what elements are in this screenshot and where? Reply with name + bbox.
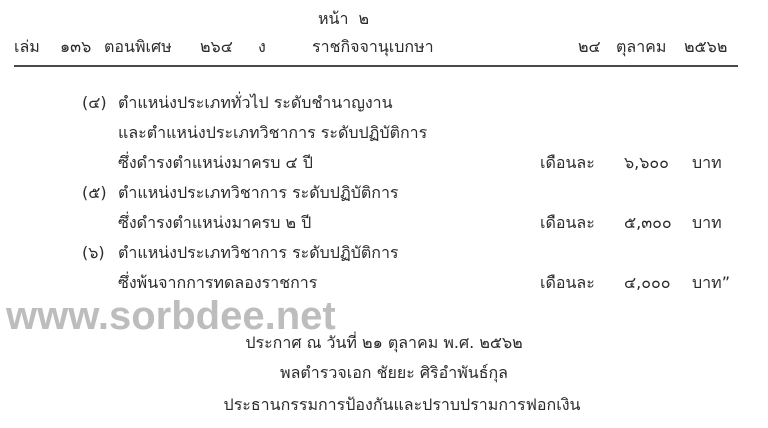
header-date-month: ตุลาคม	[616, 37, 666, 57]
item-number: (๔)	[82, 93, 107, 113]
amount-value: ๕,๓๐๐	[624, 213, 672, 233]
page-label: หน้า	[318, 9, 348, 28]
amount-value: ๖,๖๐๐	[624, 153, 669, 173]
watermark: www.sorbdee.net	[6, 294, 336, 338]
section-label: ตอนพิเศษ	[104, 37, 172, 57]
header-divider	[14, 65, 738, 67]
header-date-year: ๒๕๖๒	[684, 37, 727, 57]
item-line: ซึ่งดำรงตำแหน่งมาครบ ๔ ปี	[118, 153, 313, 173]
item-line: ตำแหน่งประเภททั่วไป ระดับชำนาญงาน	[118, 93, 393, 113]
volume-number: ๑๓๖	[60, 37, 91, 57]
amount-unit: บาท	[692, 153, 722, 173]
volume-label: เล่ม	[14, 37, 40, 57]
section-number: ๒๖๔	[200, 37, 233, 57]
item-number: (๕)	[82, 183, 107, 203]
amount-unit: บาท”	[692, 273, 730, 293]
amount-value: ๔,๐๐๐	[624, 273, 671, 293]
item-line: ซึ่งพ้นจากการทดลองราชการ	[118, 273, 317, 293]
page-number-value: ๒	[358, 9, 369, 28]
item-line: และตำแหน่งประเภทวิชาการ ระดับปฏิบัติการ	[118, 123, 427, 143]
amount-label: เดือนละ	[540, 273, 595, 293]
signatory-title: ประธานกรรมการป้องกันและปราบปรามการฟอกเงิ…	[18, 395, 768, 415]
item-line: ตำแหน่งประเภทวิชาการ ระดับปฏิบัติการ	[118, 183, 399, 203]
item-line: ตำแหน่งประเภทวิชาการ ระดับปฏิบัติการ	[118, 243, 399, 263]
header-date-day: ๒๔	[578, 37, 601, 57]
section-letter: ง	[258, 37, 266, 57]
signatory-name: พลตำรวจเอก ชัยยะ ศิริอำพันธ์กุล	[10, 363, 768, 383]
amount-label: เดือนละ	[540, 213, 595, 233]
announcement-date: ประกาศ ณ วันที่ ๒๑ ตุลาคม พ.ศ. ๒๕๖๒	[0, 333, 768, 353]
item-number: (๖)	[82, 243, 105, 263]
amount-unit: บาท	[692, 213, 722, 233]
publication-name: ราชกิจจานุเบกษา	[312, 37, 434, 57]
amount-label: เดือนละ	[540, 153, 595, 173]
page-number: หน้า๒	[318, 9, 379, 29]
item-line: ซึ่งดำรงตำแหน่งมาครบ ๒ ปี	[118, 213, 311, 233]
